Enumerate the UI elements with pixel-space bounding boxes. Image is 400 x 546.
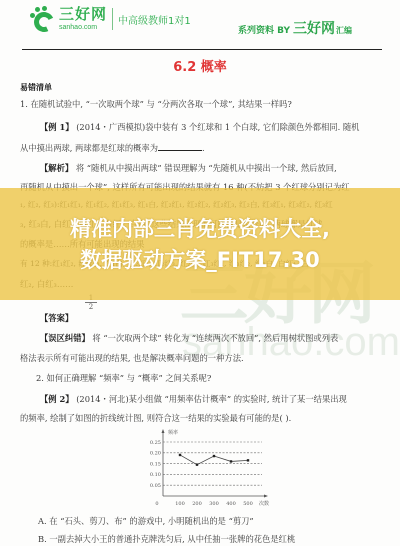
frequency-line-chart: 0.050.100.150.200.25 0100200300400500 频率… [120, 425, 280, 510]
example-2-tag: 【例 2】 [40, 394, 74, 404]
option-b[interactable]: B. 一副去掉大小王的普通扑克牌洗匀后, 从中任抽一张牌的花色是红桃 [38, 535, 295, 543]
example-1-prompt: 从中摸出两球, 两球都是红球的概率为 [20, 143, 158, 153]
correction-text: 将 “一次取两个球” 转化为 “连续两次不放回”, 然后用树状图或列表 [90, 333, 339, 343]
svg-text:100: 100 [175, 501, 185, 507]
analysis-line-1: 【解析】 将 “随机从中摸出两球” 错误理解为 “先随机从中摸出一个球, 然后放… [40, 164, 337, 172]
answer-blank [158, 143, 202, 151]
example-1-line-1: 【例 1】 (2014・广西模拟)袋中装有 3 个红球和 1 个白球, 它们除颜… [40, 123, 359, 131]
correction-line-2: 格法表示所有可能出现的结果, 也是解决概率问题的一种方法. [20, 354, 244, 362]
page-header: 三好网 sanhao.com 中高级教师1对1 系列资料 BY 三好网 汇编 [0, 0, 400, 50]
series-suffix: 汇编 [336, 25, 352, 36]
svg-text:200: 200 [192, 501, 202, 507]
example-2-line-1: 【例 2】 (2014・河北)某小组做 “用频率估计概率” 的实验时, 统计了某… [40, 395, 347, 403]
banner-line-1: 精准内部三肖免费资料大全, [0, 214, 400, 245]
chart-svg: 0.050.100.150.200.25 0100200300400500 频率… [120, 425, 280, 510]
svg-text:0: 0 [155, 501, 158, 507]
option-a[interactable]: A. 在 “石头、剪刀、布” 的游戏中, 小明随机出的是 “剪刀” [38, 517, 254, 525]
sanhao-logo[interactable]: 三好网 sanhao.com 中高级教师1对1 [30, 4, 191, 34]
example-1-period: . [202, 143, 205, 153]
svg-text:0.15: 0.15 [150, 461, 161, 467]
svg-text:500: 500 [243, 501, 253, 507]
paw-logo-icon [30, 6, 56, 32]
correction-tag: 【误区纠错】 [40, 333, 90, 343]
example-2-text: (2014・河北)某小组做 “用频率估计概率” 的实验时, 统计了某一结果出现 [74, 394, 347, 404]
analysis-tag: 【解析】 [40, 163, 73, 173]
series-credit: 系列资料 BY 三好网 汇编 [238, 18, 352, 38]
svg-text:400: 400 [226, 501, 236, 507]
logo-divider [112, 8, 113, 30]
logo-slogan: 中高级教师1对1 [118, 12, 191, 27]
svg-text:0.10: 0.10 [150, 472, 161, 478]
logo-domain: sanhao.com [59, 24, 107, 31]
example-1-tag: 【例 1】 [40, 122, 74, 132]
document-page: 三好网 sanhao.com 中高级教师1对1 系列资料 BY 三好网 汇编 6… [0, 0, 400, 546]
example-1-text: (2014・广西模拟)袋中装有 3 个红球和 1 个白球, 它们除颜色外都相同.… [74, 122, 360, 132]
example-1-line-2: 从中摸出两球, 两球都是红球的概率为. [20, 143, 205, 152]
svg-text:0.05: 0.05 [150, 483, 161, 489]
series-brand: 三好网 [293, 18, 335, 38]
analysis-text: 将 “随机从中摸出两球” 错误理解为 “先随机从中摸出一个球, 然后放回, [73, 163, 337, 173]
svg-text:次数: 次数 [259, 500, 269, 507]
promo-banner-text[interactable]: 精准内部三肖免费资料大全, 数据驱动方案_FIT17.30 [0, 214, 400, 276]
header-divider [22, 49, 382, 50]
svg-text:频率: 频率 [168, 429, 178, 436]
question-1: 1. 在随机试验中, “一次取两个球” 与 “分两次各取一个球”, 其结果一样吗… [20, 100, 292, 108]
example-2-line-2: 的频率, 绘制了如图的折线统计图, 则符合这一结果的实验最有可能的是( ). [20, 414, 291, 422]
fraction-denominator: 2 [89, 303, 93, 311]
banner-line-2: 数据驱动方案_FIT17.30 [0, 245, 400, 276]
section-heading: 易错清单 [20, 82, 52, 93]
svg-text:0.20: 0.20 [150, 451, 161, 457]
svg-text:0.25: 0.25 [150, 440, 161, 446]
page-title: 6.2 概率 [0, 56, 400, 75]
answer-line: 【答案】 [40, 314, 73, 322]
question-2: 2. 如何正确理解 “频率” 与 “概率” 之间关系呢? [36, 374, 211, 382]
svg-text:300: 300 [209, 501, 219, 507]
logo-name: 三好网 [59, 7, 107, 22]
answer-tag: 【答案】 [40, 313, 73, 323]
correction-line-1: 【误区纠错】 将 “一次取两个球” 转化为 “连续两次不放回”, 然后用树状图或… [40, 334, 338, 342]
series-prefix: 系列资料 BY [238, 23, 290, 36]
